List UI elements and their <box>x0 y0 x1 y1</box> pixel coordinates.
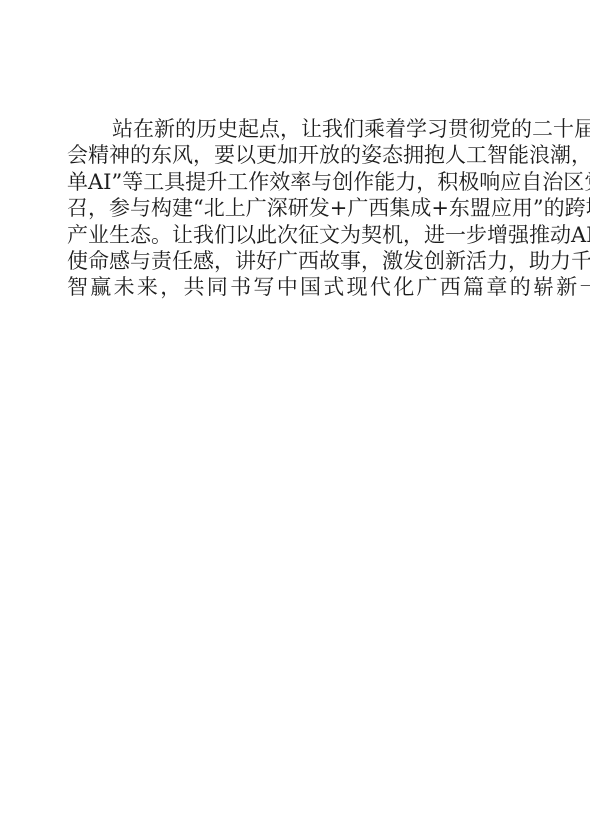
paragraph-line-3: 单AI”等工具提升工作效率与创作能力，积极响应自治区党委号 <box>67 169 523 195</box>
paragraph-line-4: 召，参与构建“北上广深研发+广西集成+东盟应用”的跨境AI <box>67 195 523 221</box>
paragraph-line-5: 产业生态。让我们以此次征文为契机，进一步增强推动AI发展的 <box>67 222 523 248</box>
body-paragraph: 站在新的历史起点，让我们乘着学习贯彻党的二十届四中全 会精神的东风，要以更加开放… <box>67 116 523 301</box>
document-page: 站在新的历史起点，让我们乘着学习贯彻党的二十届四中全 会精神的东风，要以更加开放… <box>0 0 590 836</box>
paragraph-line-2: 会精神的东风，要以更加开放的姿态拥抱人工智能浪潮，善用“简 <box>67 142 523 168</box>
paragraph-line-6: 使命感与责任感，讲好广西故事，激发创新活力，助力千行百业 <box>67 248 523 274</box>
paragraph-line-1: 站在新的历史起点，让我们乘着学习贯彻党的二十届四中全 <box>67 116 523 142</box>
paragraph-line-7: 智赢未来，共同书写中国式现代化广西篇章的崭新一页！ <box>67 274 523 300</box>
